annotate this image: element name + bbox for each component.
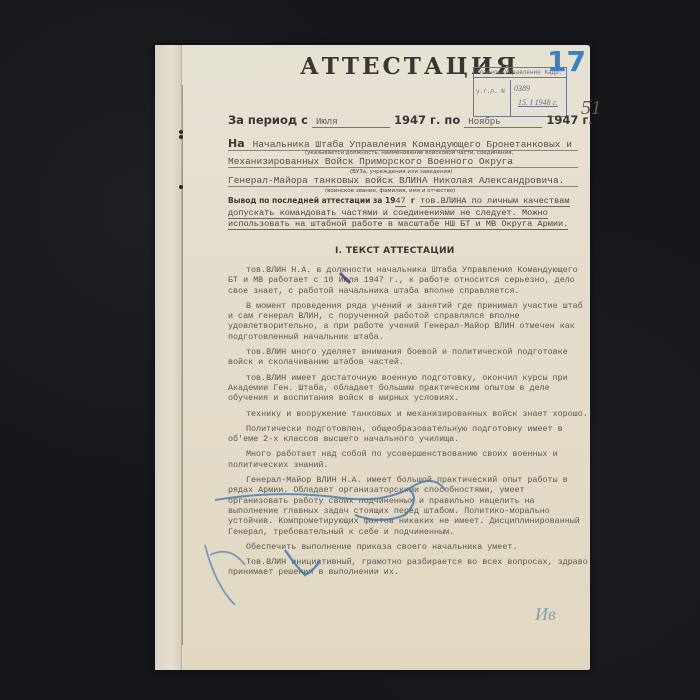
addressee-text-2: Механизированных Войск Приморского Военн…	[228, 156, 513, 167]
addressee-text-1: Начальника Штаба Управления Командующего…	[253, 139, 572, 150]
addressee-line-3: Генерал-Майора танковых войск ВЛИНА Нико…	[228, 175, 578, 187]
period-middle: по	[444, 113, 460, 127]
stamp-date: 15. I 1948 г.	[518, 98, 558, 107]
period-line: За период с Июля 1947 г. по Ноябрь 1947 …	[228, 113, 593, 128]
stamp-left-cell: у.г.л. N	[474, 80, 511, 116]
stamp-registration-number: 0389	[514, 84, 530, 93]
section-heading: I. ТЕКСТ АТТЕСТАЦИИ	[335, 246, 455, 256]
addressee-text-3: Генерал-Майора танковых войск ВЛИНА Нико…	[228, 175, 564, 186]
paragraph: технику и вооружение танковых и механизи…	[228, 409, 588, 419]
handwritten-initials: Ив	[534, 604, 556, 624]
addressee-line-1: НаНачальника Штаба Управления Командующе…	[228, 137, 578, 151]
addressee-line-2: Механизированных Войск Приморского Военн…	[228, 156, 578, 168]
paragraph: тов.ВЛИН много уделяет внимания боевой и…	[228, 347, 588, 368]
caption-rank-name: (воинское звание, фамилия, имя и отчеств…	[325, 188, 455, 194]
period-to-month: Ноябрь	[464, 117, 542, 128]
binding-fold-line	[182, 85, 183, 645]
document-page: АТТЕСТАЦИЯ Главное Управление Кадр. в. С…	[155, 45, 590, 670]
attestation-text: тов.ВЛИН Н.А. в должности начальника Шта…	[228, 265, 588, 583]
paragraph: В момент проведения ряда учений и заняти…	[228, 301, 588, 342]
binding-hole	[179, 130, 183, 134]
previous-attestation-conclusion: Вывод по последней аттестации за 1947 г …	[228, 195, 588, 231]
paragraph: Генерал-Майор ВЛИН Н.А. имеет большой пр…	[228, 475, 588, 537]
conclusion-year: 47	[395, 196, 405, 207]
paragraph: тов.ВЛИН имеет достаточную военную подго…	[228, 373, 588, 404]
period-to-year: 1947 г.	[546, 113, 592, 127]
period-from-year: 1947 г.	[394, 113, 440, 127]
binding-hole	[179, 185, 183, 189]
period-from-month: Июля	[312, 117, 390, 128]
period-prefix: За период с	[228, 113, 308, 127]
paragraph: Тов.ВЛИН инициативный, грамотно разбирае…	[228, 557, 588, 578]
binding-strip	[155, 45, 182, 670]
addressee-prefix: На	[228, 137, 245, 150]
sheet-number: 17	[547, 45, 586, 78]
binding-hole	[179, 135, 183, 139]
conclusion-label-suffix: г	[411, 196, 415, 205]
conclusion-label: Вывод по последней аттестации за 19	[228, 196, 395, 205]
paragraph: Обеспечить выполнение приказа своего нач…	[228, 542, 588, 552]
paragraph: Много работает над собой по усовершенств…	[228, 449, 588, 470]
paragraph: Политически подготовлен, общеобразовател…	[228, 424, 588, 445]
paragraph: тов.ВЛИН Н.А. в должности начальника Шта…	[228, 265, 588, 296]
